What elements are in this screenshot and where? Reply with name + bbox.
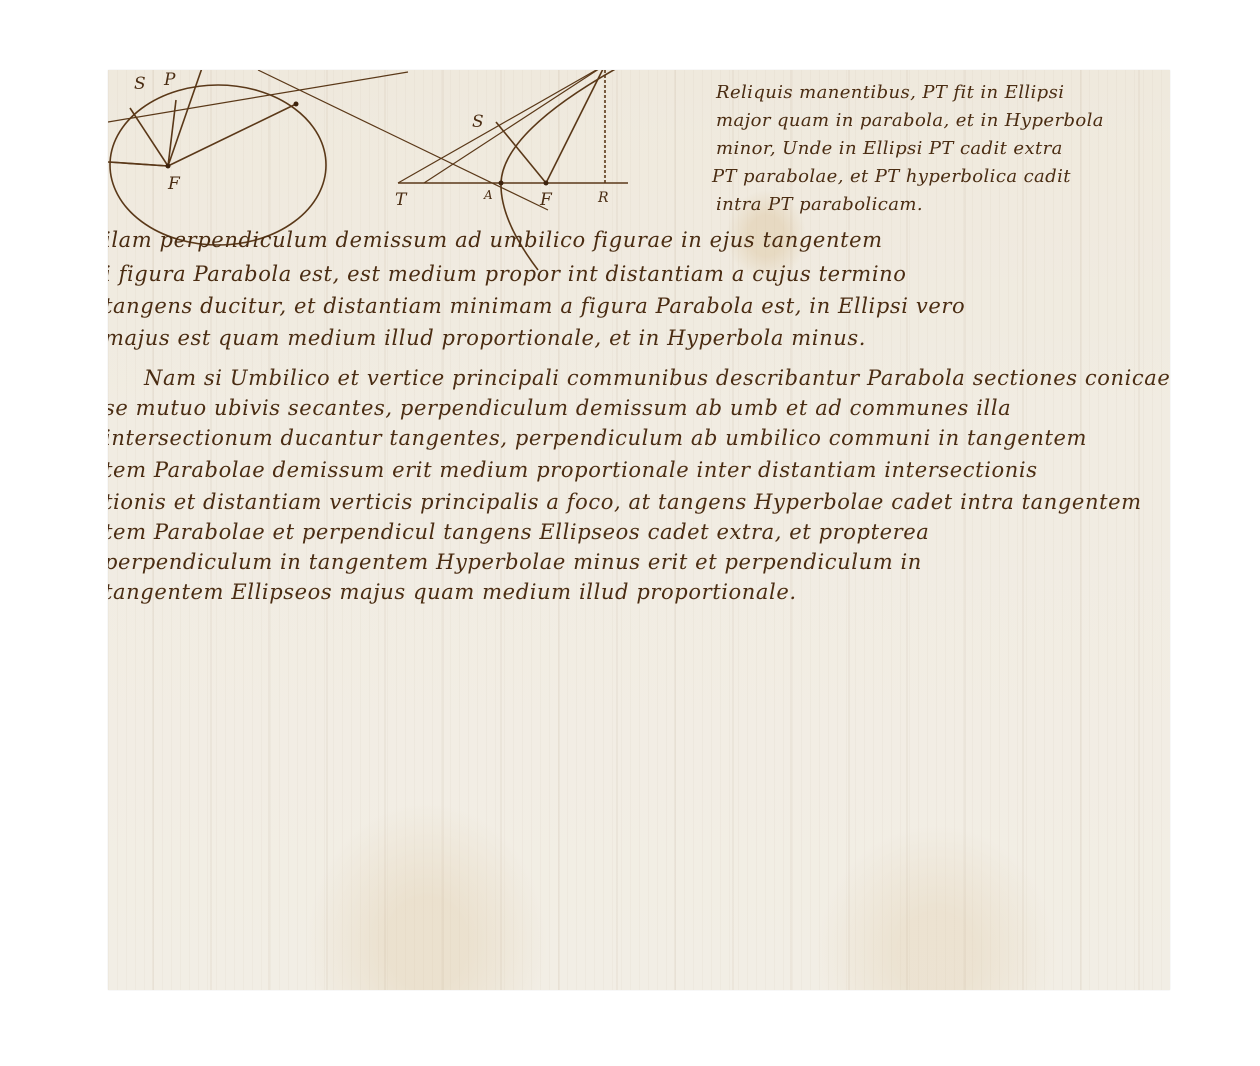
manuscript-line: ilam perpendiculum demissum ad umbilico … — [108, 228, 883, 252]
manuscript-line: perpendiculum in tangentem Hyperbolae mi… — [108, 550, 922, 574]
manuscript-page: S P F S T A F R Reliquis manentibus, PT … — [108, 70, 1170, 990]
label-t: T — [395, 190, 406, 210]
manuscript-line: tem Parabolae et perpendicul tangens Ell… — [108, 520, 929, 544]
label-a: A — [484, 188, 493, 202]
label-r: R — [598, 190, 609, 206]
manuscript-line: intersectionum ducantur tangentes, perpe… — [108, 426, 1087, 450]
side-note-line: intra PT parabolicam. — [716, 194, 923, 215]
side-note-line: PT parabolae, et PT hyperbolica cadit — [712, 166, 1071, 187]
label-s-ellipse: S — [134, 74, 146, 94]
label-f-parabola: F — [540, 190, 552, 210]
manuscript-line: i figura Parabola est, est medium propor… — [108, 262, 907, 286]
manuscript-line: majus est quam medium illud proportional… — [108, 326, 866, 350]
side-note-line: minor, Unde in Ellipsi PT cadit extra — [716, 138, 1063, 159]
manuscript-line: tem Parabolae demissum erit medium propo… — [108, 458, 1038, 482]
manuscript-line: Nam si Umbilico et vertice principali co… — [144, 366, 1170, 390]
label-s-parabola: S — [472, 112, 484, 132]
manuscript-line: se mutuo ubivis secantes, perpendiculum … — [108, 396, 1011, 420]
side-note-line: major quam in parabola, et in Hyperbola — [716, 110, 1104, 131]
manuscript-line: tangentem Ellipseos majus quam medium il… — [108, 580, 797, 604]
side-note-line: Reliquis manentibus, PT fit in Ellipsi — [716, 82, 1064, 103]
label-f-ellipse: F — [168, 174, 180, 194]
manuscript-line: tionis et distantiam verticis principali… — [108, 490, 1142, 514]
label-p-ellipse: P — [164, 70, 175, 90]
manuscript-line: tangens ducitur, et distantiam minimam a… — [108, 294, 965, 318]
